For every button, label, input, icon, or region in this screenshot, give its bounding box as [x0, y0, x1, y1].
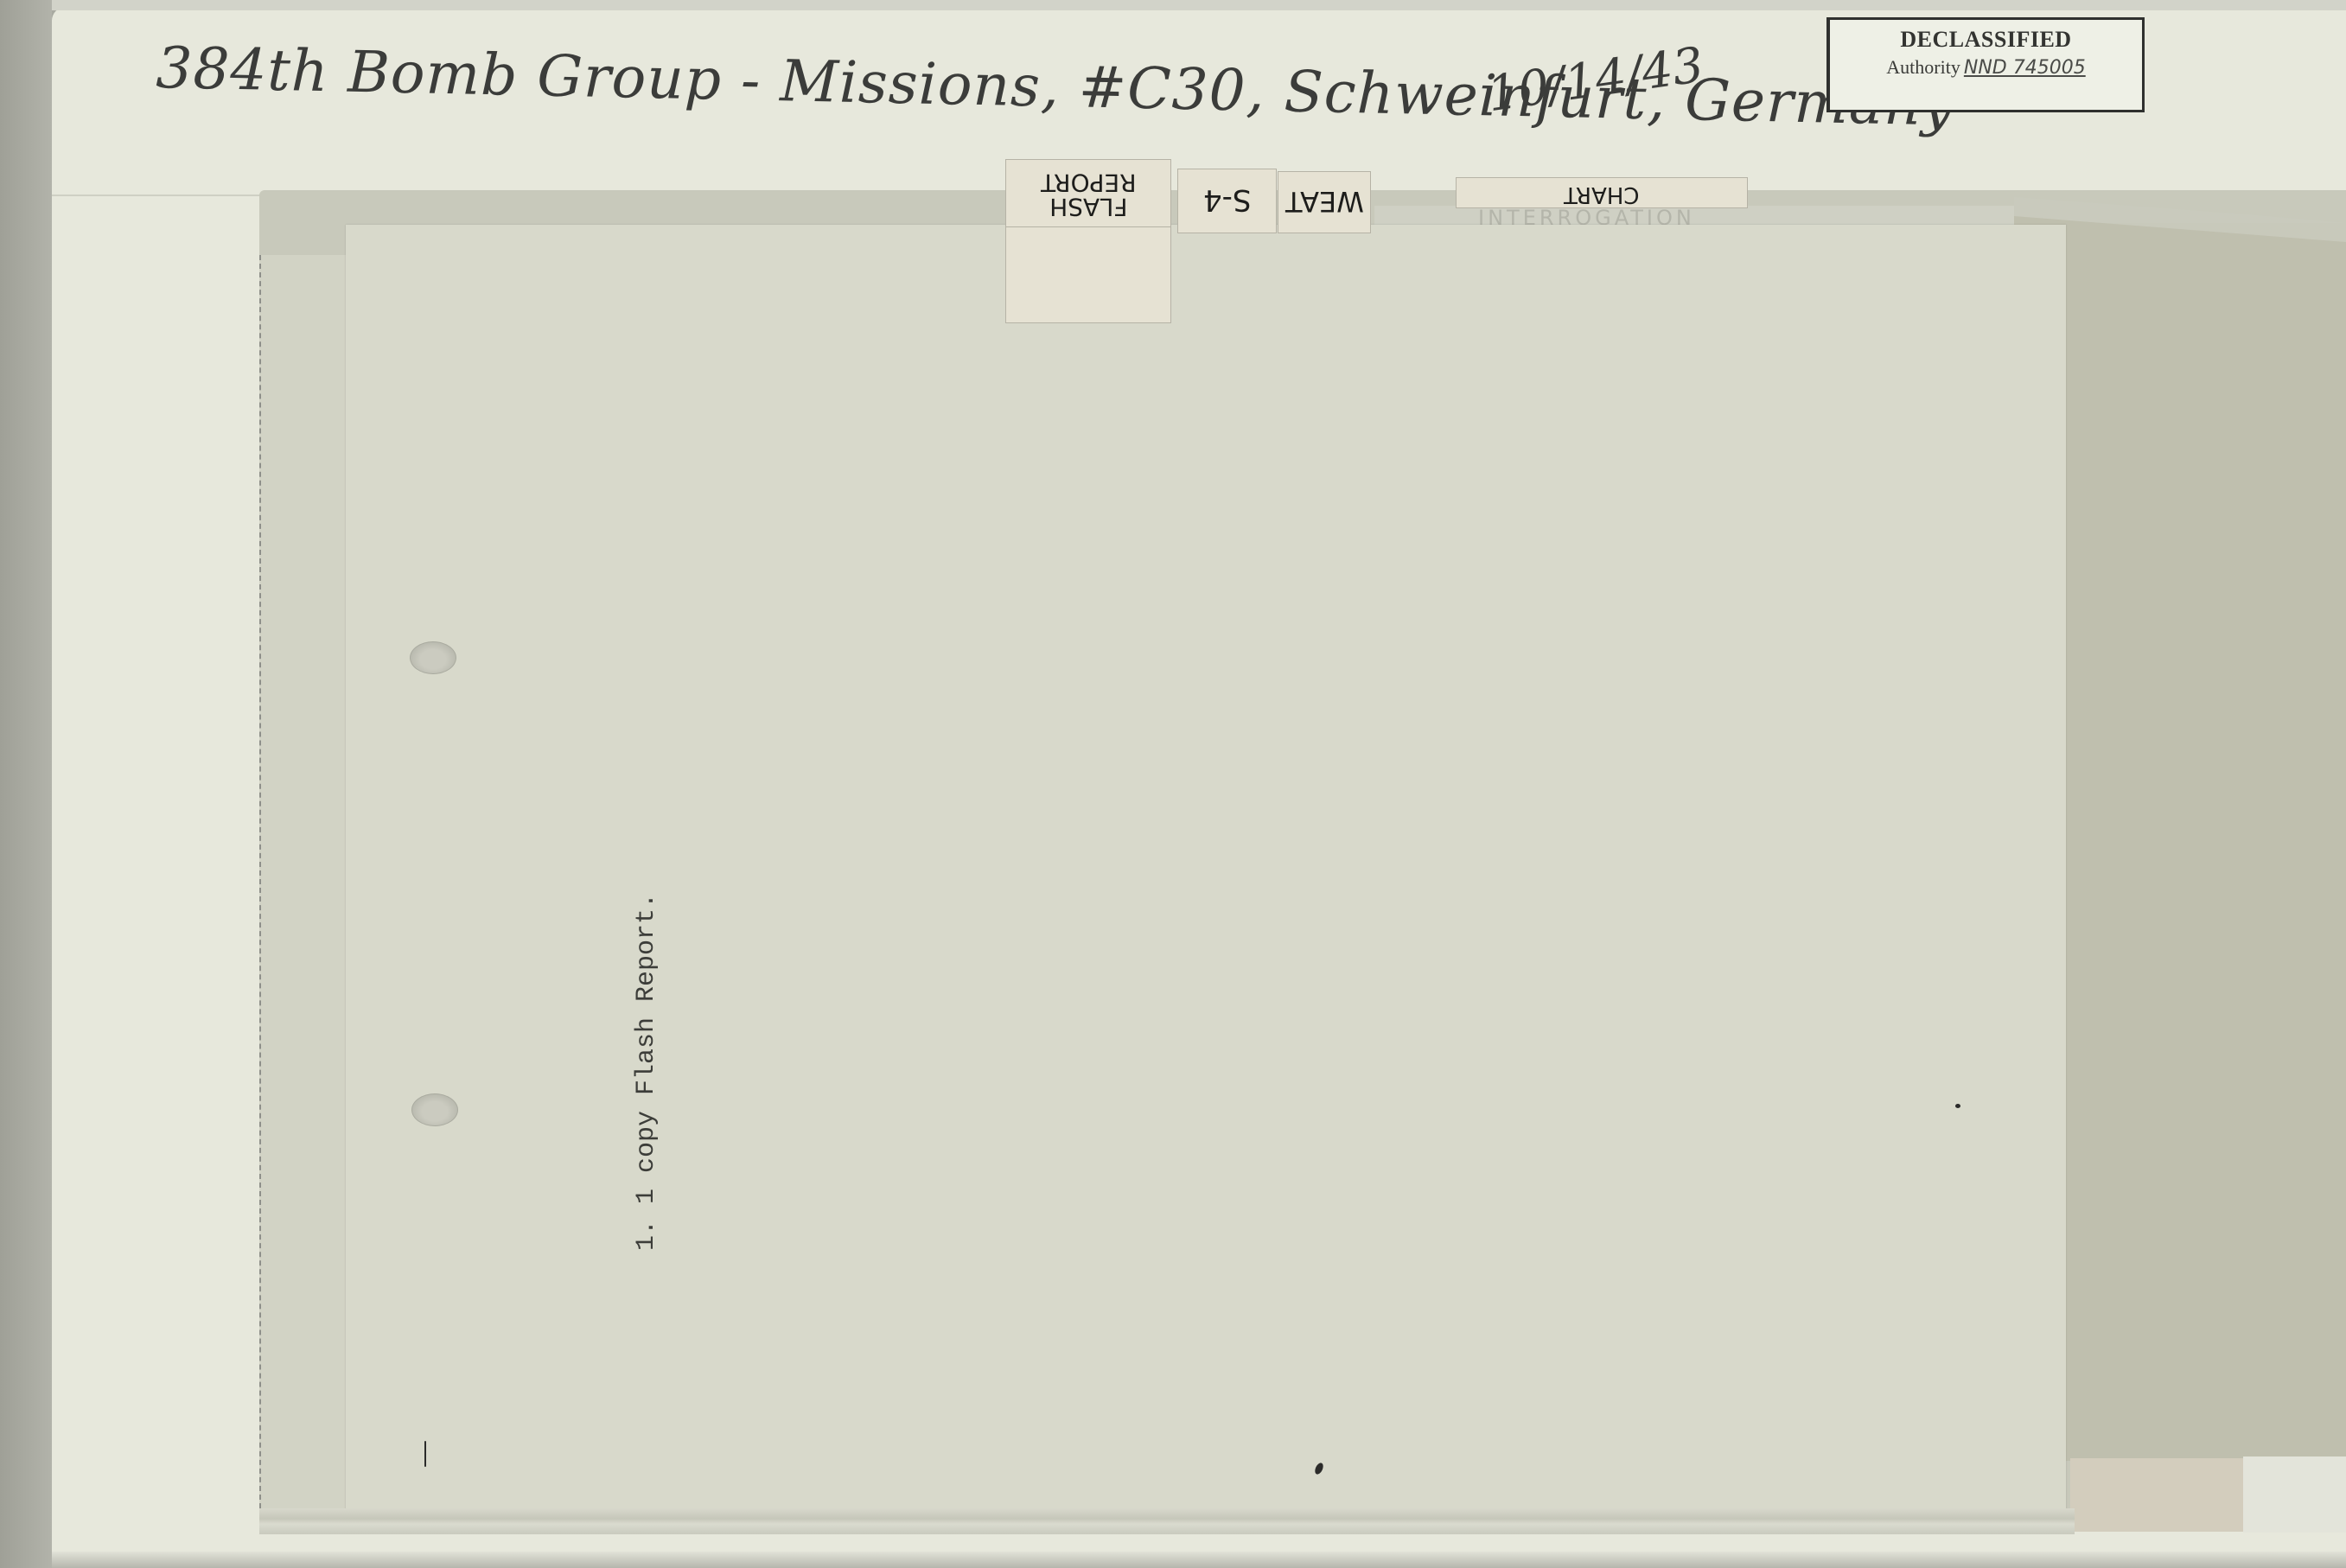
white-folder-flap: [2243, 1456, 2346, 1533]
typed-note-text: 1. 1 copy Flash Report.: [632, 893, 661, 1251]
tab-s4-label: S-4: [1203, 185, 1251, 214]
tab-chart-label: CHART: [1564, 183, 1640, 206]
tab-divider: [1005, 226, 1171, 227]
document-page: [346, 225, 2066, 1513]
folder-top-edge: [52, 0, 2346, 10]
punch-hole-bottom: [411, 1093, 458, 1126]
declassified-title: DECLASSIFIED: [1830, 27, 2142, 53]
declassified-authority: AuthorityNND 745005: [1830, 56, 2142, 79]
tab-weather-label: WEAT: [1285, 188, 1364, 215]
binder-strip: [259, 255, 347, 1508]
tab-flash-report-label: FLASH REPORT: [1041, 170, 1137, 219]
pencil-mark: [424, 1441, 426, 1467]
ink-speck: [1955, 1104, 1960, 1108]
tan-folder-flap: [2070, 1458, 2243, 1532]
folder-bottom-edge: [52, 1552, 2346, 1568]
tab-flash-line2: REPORT: [1041, 169, 1137, 197]
background-surface: [0, 0, 52, 1568]
folder-crease: [52, 194, 268, 196]
page-stack-edges: [259, 1508, 2075, 1534]
punch-hole-top: [410, 641, 456, 674]
authority-value: NND 745005: [1964, 57, 2086, 79]
tab-weather[interactable]: WEAT: [1278, 171, 1371, 233]
tab-chart[interactable]: CHART: [1456, 177, 1748, 208]
declassified-stamp: DECLASSIFIED AuthorityNND 745005: [1826, 17, 2145, 112]
authority-label: Authority: [1886, 56, 1960, 78]
tab-s4[interactable]: S-4: [1177, 169, 1277, 233]
tab-flash-report[interactable]: FLASH REPORT: [1005, 159, 1171, 323]
